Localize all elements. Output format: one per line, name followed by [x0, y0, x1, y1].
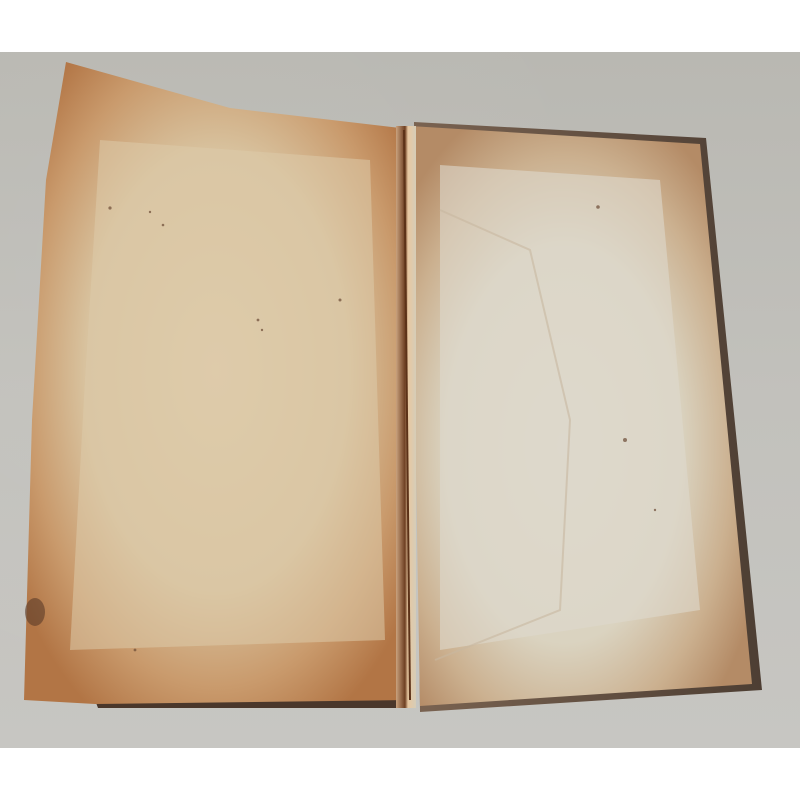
right-page-inner — [440, 165, 700, 650]
spine-gutter — [396, 126, 416, 708]
book-photo — [0, 52, 800, 748]
edge-stain — [25, 598, 45, 626]
book-illustration — [0, 52, 800, 748]
left-page-inner — [70, 140, 385, 650]
